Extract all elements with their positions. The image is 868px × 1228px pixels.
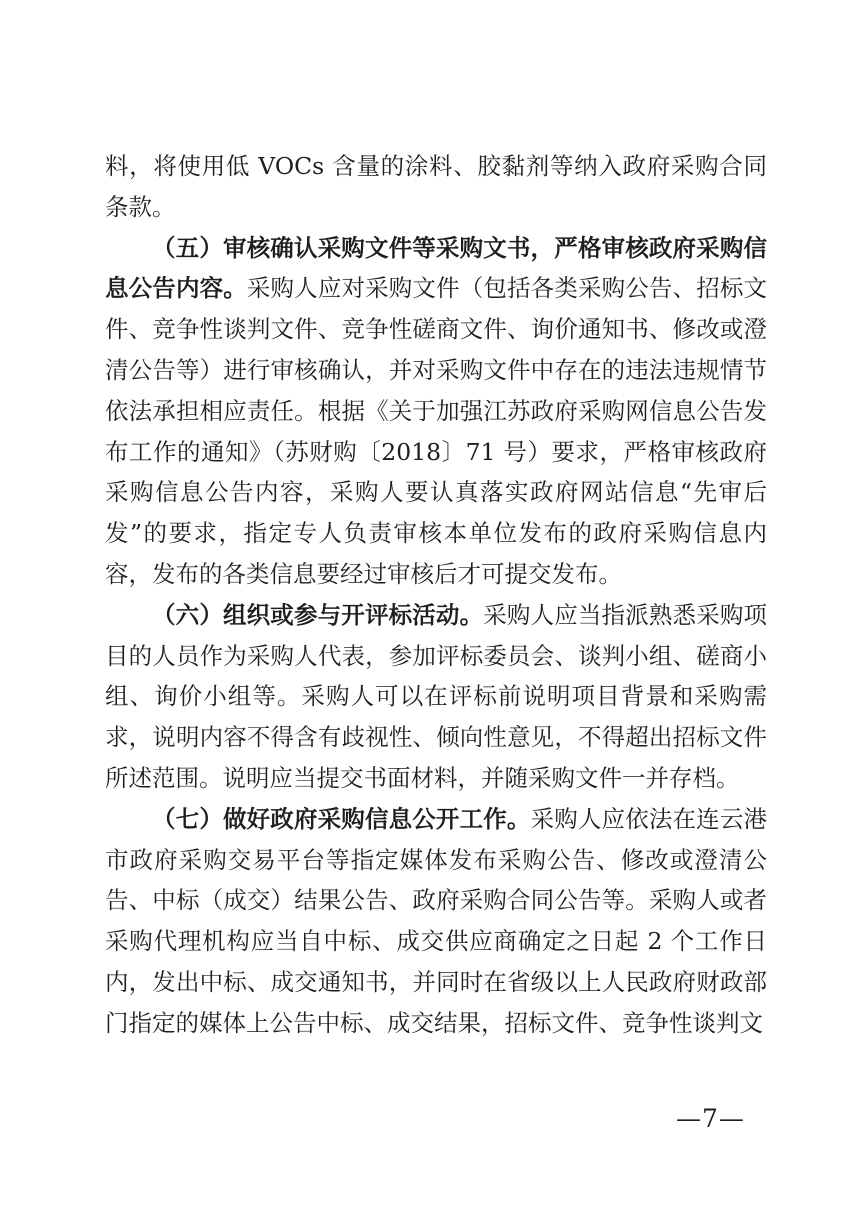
- paragraph: （五）审核确认采购文件等采购文书，严格审核政府采购信息公告内容。采购人应对采购文…: [105, 228, 767, 595]
- body-text: 采购人应对采购文件（包括各类采购公告、招标文件、竞争性谈判文件、竞争性磋商文件、…: [105, 274, 767, 588]
- section-heading: （七）做好政府采购信息公开工作。: [152, 805, 531, 833]
- document-page: 料，将使用低 VOCs 含量的涂料、胶黏剂等纳入政府采购合同条款。（五）审核确认…: [0, 0, 868, 1228]
- section-heading: （六）组织或参与开评标活动。: [152, 601, 483, 629]
- document-body: 料，将使用低 VOCs 含量的涂料、胶黏剂等纳入政府采购合同条款。（五）审核确认…: [105, 146, 767, 1044]
- body-text: 料，将使用低 VOCs 含量的涂料、胶黏剂等纳入政府采购合同条款。: [105, 152, 767, 221]
- body-text: 采购人应当指派熟悉采购项目的人员作为采购人代表，参加评标委员会、谈判小组、磋商小…: [105, 601, 767, 792]
- paragraph: （六）组织或参与开评标活动。采购人应当指派熟悉采购项目的人员作为采购人代表，参加…: [105, 595, 767, 799]
- paragraph: 料，将使用低 VOCs 含量的涂料、胶黏剂等纳入政府采购合同条款。: [105, 146, 767, 228]
- body-text: 采购人应依法在连云港市政府采购交易平台等指定媒体发布采购公告、修改或澄清公告、中…: [105, 805, 767, 1037]
- paragraph: （七）做好政府采购信息公开工作。采购人应依法在连云港市政府采购交易平台等指定媒体…: [105, 799, 767, 1044]
- page-number: —7—: [676, 1104, 745, 1133]
